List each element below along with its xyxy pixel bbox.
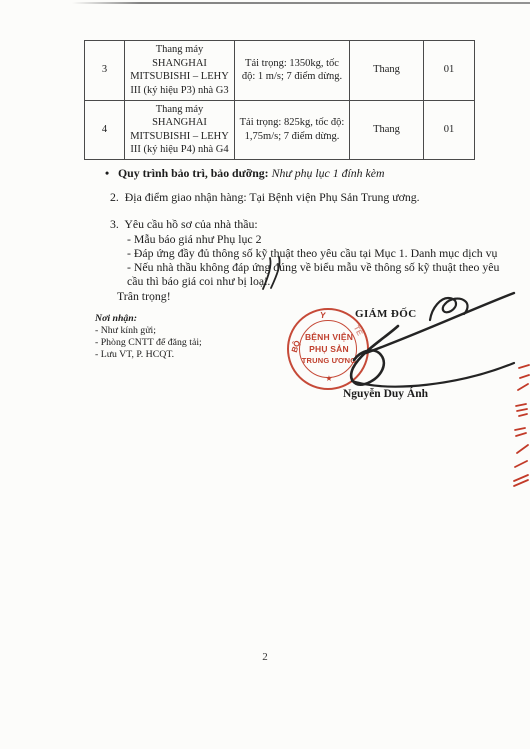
- cell-specs: Tải trọng: 1350kg, tốc độ: 1 m/s; 7 điểm…: [235, 41, 350, 101]
- stamp-star-icon: ★: [287, 374, 371, 383]
- bullet-maintenance-line: • Quy trình bảo trì, bảo dưỡng: Như phụ …: [105, 166, 385, 181]
- table-row: 4 Thang máy SHANGHAI MITSUBISHI – LEHY I…: [85, 100, 475, 160]
- stamp-line-1: BỆNH VIỆN: [287, 332, 371, 342]
- item2-number: 2.: [110, 190, 119, 204]
- cell-quantity: 01: [424, 100, 475, 160]
- closing-text: Trân trọng!: [117, 289, 171, 304]
- item3-text: Yêu cầu hồ sơ của nhà thầu:: [124, 217, 257, 231]
- signature-tail: [352, 363, 514, 387]
- item3-subline-2: - Đáp ứng đầy đủ thông số kỹ thuật theo …: [127, 246, 497, 261]
- recipients-header: Nơi nhận:: [95, 313, 137, 324]
- item2-text: Địa điểm giao nhận hàng: Tại Bệnh viện P…: [125, 190, 420, 204]
- maintenance-value: Như phụ lục 1 đính kèm: [272, 166, 385, 180]
- cell-row-number: 4: [85, 100, 125, 160]
- signature-flourish: [430, 298, 468, 320]
- equipment-table: 3 Thang máy SHANGHAI MITSUBISHI – LEHY I…: [84, 40, 475, 160]
- stamp-line-2: PHỤ SẢN: [287, 344, 371, 354]
- stamp-ring-text-top: Y: [319, 310, 326, 321]
- table-row: 3 Thang máy SHANGHAI MITSUBISHI – LEHY I…: [85, 41, 475, 101]
- cell-unit: Thang: [350, 100, 424, 160]
- cell-equipment-name: Thang máy SHANGHAI MITSUBISHI – LEHY III…: [125, 100, 235, 160]
- official-stamp: BỘ Y TẾ BỆNH VIỆN PHỤ SẢN TRUNG ƯƠNG ★: [287, 308, 371, 392]
- item3-subline-1: - Mẫu báo giá như Phụ lục 2: [127, 232, 262, 247]
- cell-specs: Tải trọng: 825kg, tốc độ: 1,75m/s; 7 điể…: [235, 100, 350, 160]
- item3-subline-3a: - Nếu nhà thầu không đáp ứng đúng về biể…: [127, 260, 499, 275]
- recipient-item: - Lưu VT, P. HCQT.: [95, 349, 174, 360]
- cell-unit: Thang: [350, 41, 424, 101]
- cell-equipment-name: Thang máy SHANGHAI MITSUBISHI – LEHY III…: [125, 41, 235, 101]
- signature-diagonal-stroke: [366, 293, 514, 353]
- cell-row-number: 3: [85, 41, 125, 101]
- document-page: 3 Thang máy SHANGHAI MITSUBISHI – LEHY I…: [0, 0, 530, 749]
- stamp-line-3: TRUNG ƯƠNG: [287, 356, 371, 365]
- page-number: 2: [0, 651, 530, 663]
- list-item-3: 3. Yêu cầu hồ sơ của nhà thầu:: [110, 217, 258, 232]
- edge-red-marks: [514, 365, 529, 486]
- bullet-icon: •: [105, 166, 109, 180]
- list-item-2: 2. Địa điểm giao nhận hàng: Tại Bệnh việ…: [110, 190, 420, 205]
- recipient-item: - Phòng CNTT để đăng tải;: [95, 337, 202, 348]
- recipient-item: - Như kính gửi;: [95, 325, 156, 336]
- cell-quantity: 01: [424, 41, 475, 101]
- item3-number: 3.: [110, 217, 119, 231]
- item3-subline-3b: cầu thì báo giá coi như bị loại.: [127, 274, 270, 289]
- maintenance-label: Quy trình bảo trì, bảo dưỡng:: [118, 166, 269, 180]
- scan-edge-artifact: [72, 2, 530, 4]
